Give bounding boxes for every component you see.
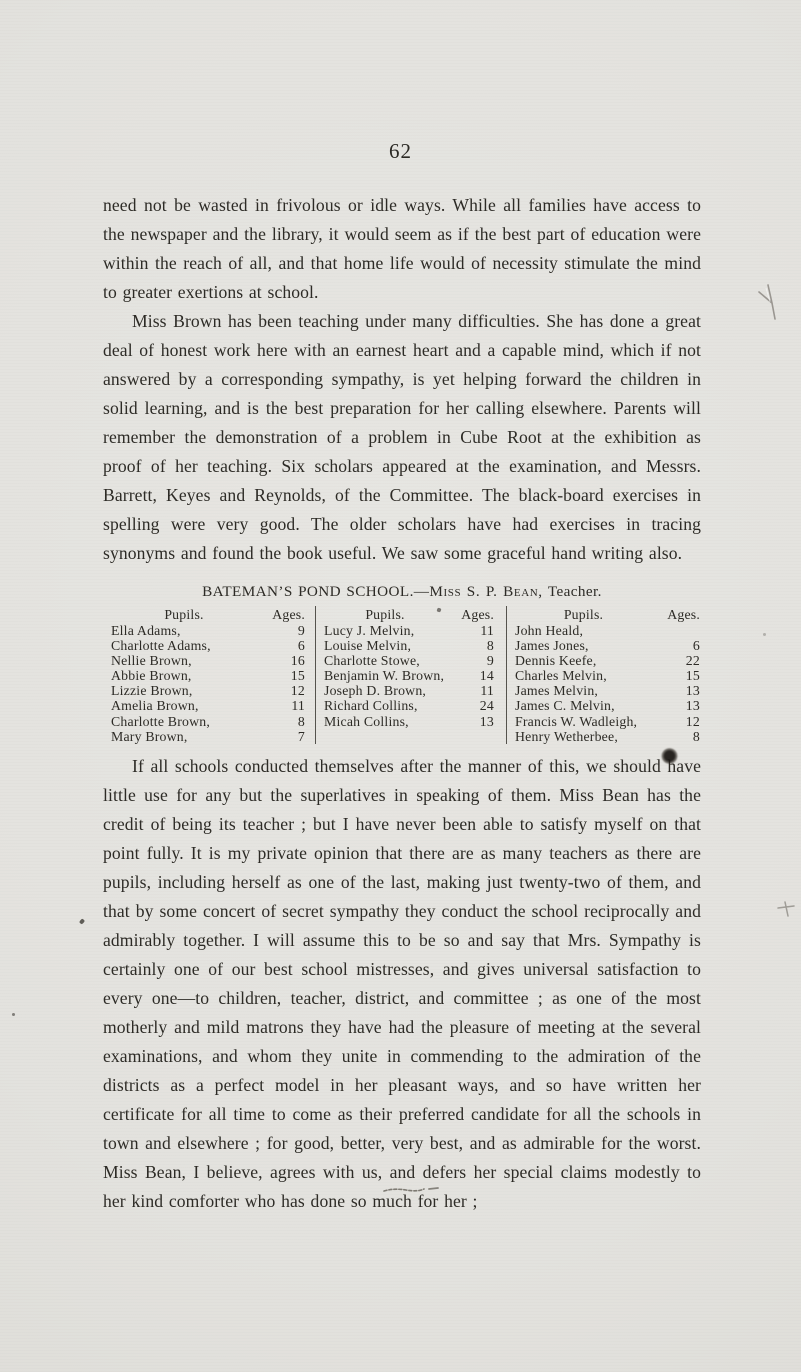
ages-header: Ages.	[660, 606, 701, 623]
table-row: James Jones,6	[507, 638, 701, 653]
table-row: Charles Melvin,15	[507, 668, 701, 683]
table-row: Dennis Keefe,22	[507, 653, 701, 668]
table-row: Charlotte Stowe,9	[316, 653, 506, 668]
pupil-name: Henry Wetherbee,	[507, 729, 660, 744]
ages-header: Ages.	[454, 606, 506, 623]
table-row: Mary Brown,7	[103, 729, 315, 744]
ink-fleck	[79, 918, 85, 924]
table-row: James C. Melvin,13	[507, 698, 701, 713]
pupil-age: 8	[454, 638, 506, 653]
table-group-3: Pupils. Ages. John Heald, James Jones,6 …	[507, 606, 701, 744]
table-row: Francis W. Wadleigh,12	[507, 714, 701, 729]
pupil-age: 14	[454, 668, 506, 683]
pupil-age: 13	[454, 714, 506, 729]
pupil-age: 11	[454, 623, 506, 638]
pupil-age: 8	[660, 729, 701, 744]
page-number: 62	[0, 139, 801, 164]
pupil-age: 22	[660, 653, 701, 668]
pupil-age: 11	[454, 683, 506, 698]
pupil-age: 24	[454, 698, 506, 713]
ink-blot	[661, 748, 678, 764]
ages-header: Ages.	[265, 606, 315, 623]
pupils-header: Pupils.	[103, 606, 265, 623]
pupil-name: Louise Melvin,	[316, 638, 454, 653]
pupil-age: 15	[265, 668, 315, 683]
pupils-header: Pupils.	[316, 606, 454, 623]
book-page: 62 need not be wasted in frivolous or id…	[0, 0, 801, 1372]
pupil-age	[660, 623, 701, 638]
table-title-dash: —	[414, 583, 430, 600]
pupil-name: Lizzie Brown,	[103, 683, 265, 698]
school-roster-table: BATEMAN’S POND SCHOOL.—Miss S. P. Bean, …	[103, 582, 701, 744]
table-header: Pupils. Ages.	[507, 606, 701, 623]
pupil-name: Dennis Keefe,	[507, 653, 660, 668]
table-group-2: Pupils. Ages. Lucy J. Melvin,11 Louise M…	[316, 606, 507, 744]
pupil-name: Charlotte Adams,	[103, 638, 265, 653]
ink-fleck	[763, 633, 766, 636]
table-row: Micah Collins,13	[316, 714, 506, 729]
table-row: Ella Adams,9	[103, 623, 315, 638]
table-row: Lizzie Brown,12	[103, 683, 315, 698]
pupil-name: Charlotte Brown,	[103, 714, 265, 729]
paper-crease-mark	[775, 899, 799, 926]
pupil-age: 11	[265, 698, 315, 713]
text-block: need not be wasted in frivolous or idle …	[103, 191, 701, 1216]
pupil-name: Richard Collins,	[316, 698, 454, 713]
table-row: Charlotte Adams,6	[103, 638, 315, 653]
paper-crease-mark	[756, 282, 784, 329]
table-group-1: Pupils. Ages. Ella Adams,9 Charlotte Ada…	[103, 606, 316, 744]
pupil-age: 13	[660, 683, 701, 698]
table-row: Nellie Brown,16	[103, 653, 315, 668]
pupil-name: Abbie Brown,	[103, 668, 265, 683]
ink-fleck	[12, 1013, 15, 1016]
table-row: John Heald,	[507, 623, 701, 638]
table-row: Charlotte Brown,8	[103, 714, 315, 729]
table-row: Abbie Brown,15	[103, 668, 315, 683]
pupil-age: 12	[660, 714, 701, 729]
table-row: Henry Wetherbee,8	[507, 729, 701, 744]
pupil-age: 6	[265, 638, 315, 653]
paragraph-continuation: need not be wasted in frivolous or idle …	[103, 191, 701, 307]
pupil-age: 12	[265, 683, 315, 698]
pupil-name: James Melvin,	[507, 683, 660, 698]
pupil-name: Charlotte Stowe,	[316, 653, 454, 668]
bottom-smudge-mark	[382, 1182, 442, 1200]
pupil-age: 6	[660, 638, 701, 653]
pupil-age: 7	[265, 729, 315, 744]
table-title-teacher-label: Teacher.	[543, 583, 602, 600]
table-row: Richard Collins,24	[316, 698, 506, 713]
pupil-name: John Heald,	[507, 623, 660, 638]
pupil-age: 9	[265, 623, 315, 638]
table-row: James Melvin,13	[507, 683, 701, 698]
pupil-name: Ella Adams,	[103, 623, 265, 638]
table-header: Pupils. Ages.	[103, 606, 315, 623]
pupil-age: 13	[660, 698, 701, 713]
table-header: Pupils. Ages.	[316, 606, 506, 623]
pupil-name: Nellie Brown,	[103, 653, 265, 668]
table-columns: Pupils. Ages. Ella Adams,9 Charlotte Ada…	[103, 606, 701, 744]
pupils-header: Pupils.	[507, 606, 660, 623]
table-row: Louise Melvin,8	[316, 638, 506, 653]
table-title-teacher-name: Miss S. P. Bean,	[429, 583, 542, 600]
pupil-name: Francis W. Wadleigh,	[507, 714, 660, 729]
table-title-school: BATEMAN’S POND SCHOOL.	[202, 583, 414, 600]
pupil-name: James Jones,	[507, 638, 660, 653]
pupil-name: Lucy J. Melvin,	[316, 623, 454, 638]
pupil-name: Mary Brown,	[103, 729, 265, 744]
pupil-name: Micah Collins,	[316, 714, 454, 729]
pupil-name: Benjamin W. Brown,	[316, 668, 454, 683]
pupil-name: Joseph D. Brown,	[316, 683, 454, 698]
table-row: Benjamin W. Brown,14	[316, 668, 506, 683]
table-row: Lucy J. Melvin,11	[316, 623, 506, 638]
paragraph-miss-bean: If all schools conducted themselves afte…	[103, 752, 701, 1216]
pupil-name: Amelia Brown,	[103, 698, 265, 713]
table-row: Amelia Brown,11	[103, 698, 315, 713]
table-title: BATEMAN’S POND SCHOOL.—Miss S. P. Bean, …	[103, 582, 701, 602]
table-row: Joseph D. Brown,11	[316, 683, 506, 698]
pupil-name: James C. Melvin,	[507, 698, 660, 713]
pupil-age: 8	[265, 714, 315, 729]
pupil-name: Charles Melvin,	[507, 668, 660, 683]
pupil-age: 15	[660, 668, 701, 683]
pupil-age: 16	[265, 653, 315, 668]
paragraph-miss-brown: Miss Brown has been teaching under many …	[103, 307, 701, 568]
pupil-age: 9	[454, 653, 506, 668]
